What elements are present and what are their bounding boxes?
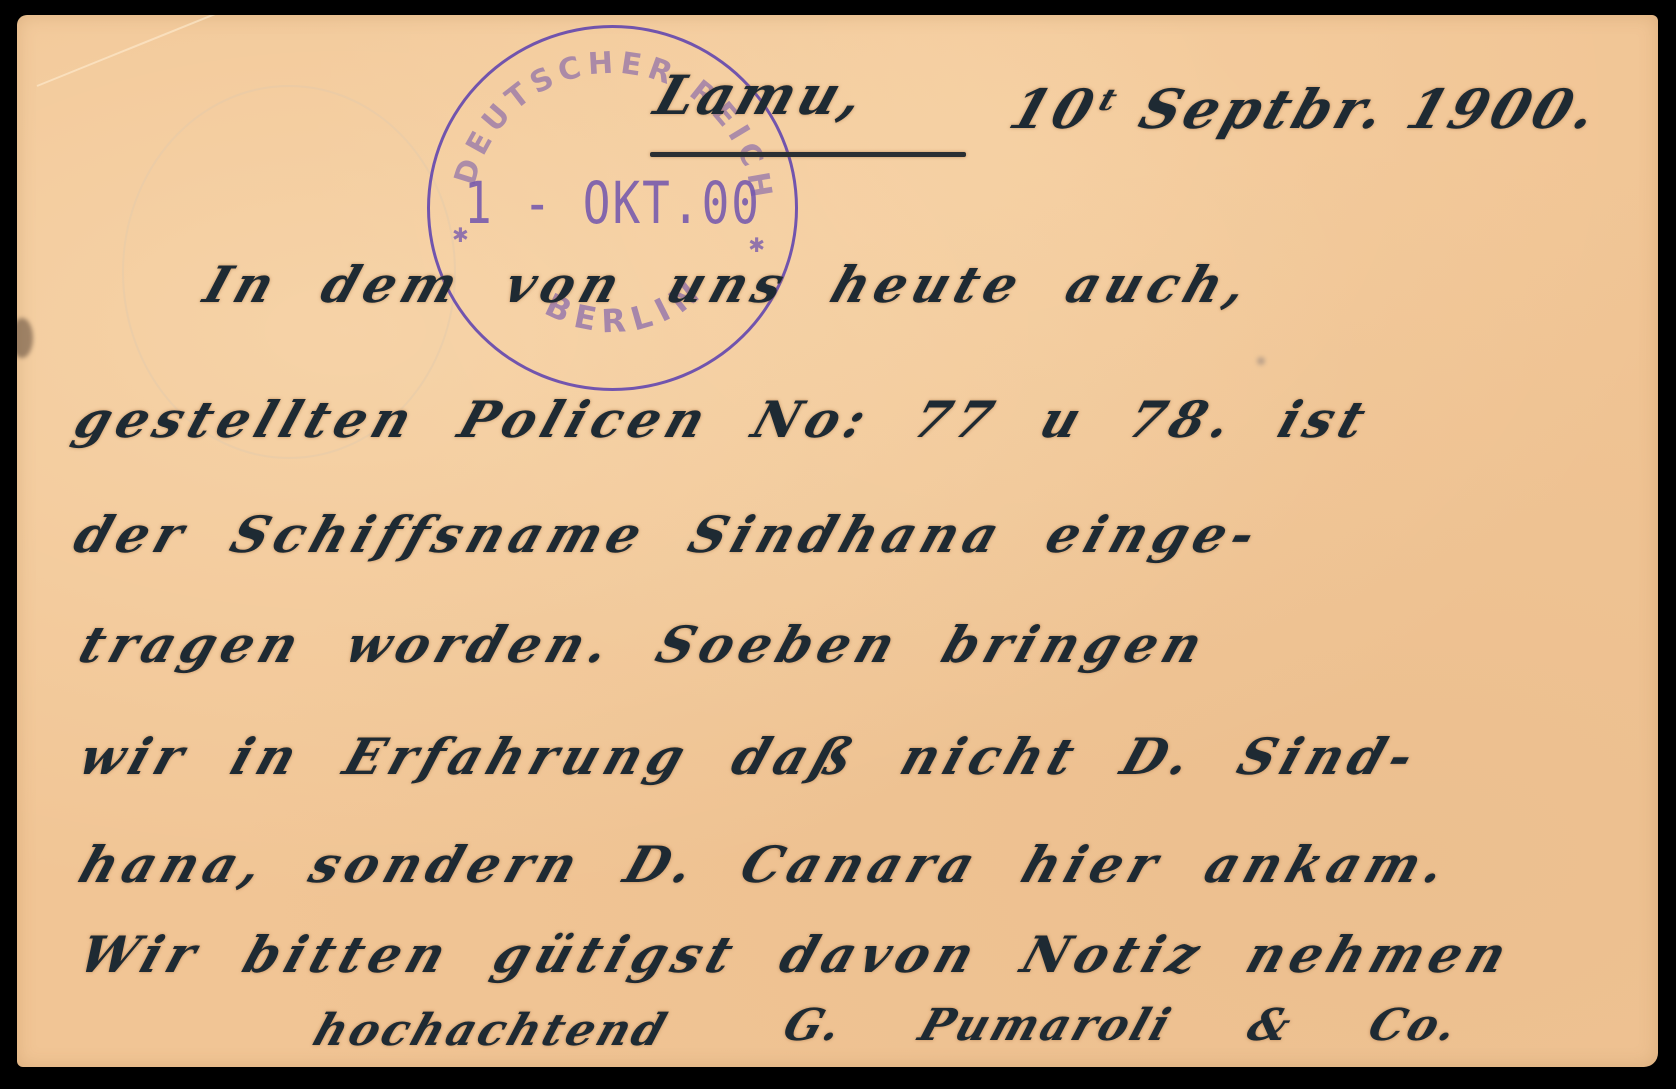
place-name: Lamu, (647, 63, 876, 127)
signature: G. Pumaroli & Co. (777, 1000, 1467, 1051)
body-line-1: In dem von uns heute auch, (197, 255, 1261, 314)
letter-date: 10ᵗ Septbr. 1900. (1002, 77, 1609, 141)
postmark-date: 1 - OKT.00 (430, 169, 795, 237)
foxing-spot (1257, 357, 1265, 365)
postcard: DEUTSCHER REICHSPOST BERLIN 1 - OKT.00 ✱… (17, 15, 1658, 1067)
body-line-7: Wir bitten gütigst davon Notiz nehmen (72, 925, 1520, 984)
body-line-4: tragen worden. Soeben bringen (72, 615, 1216, 674)
star-icon: ✱ (452, 223, 469, 247)
body-line-3: der Schiffsname Sindhana einge- (67, 505, 1269, 564)
place-underline (650, 152, 966, 157)
body-line-5: wir in Erfahrung daß nicht D. Sind- (72, 727, 1427, 786)
body-line-2: gestellten Policen No: 77 u 78. ist (67, 390, 1379, 449)
star-icon: ✱ (748, 233, 765, 257)
foxing-spot (17, 318, 33, 358)
scanned-postcard: DEUTSCHER REICHSPOST BERLIN 1 - OKT.00 ✱… (0, 0, 1676, 1089)
closing-greeting: hochachtend (307, 1005, 675, 1056)
body-line-6: hana, sondern D. Canara hier ankam. (72, 835, 1459, 894)
